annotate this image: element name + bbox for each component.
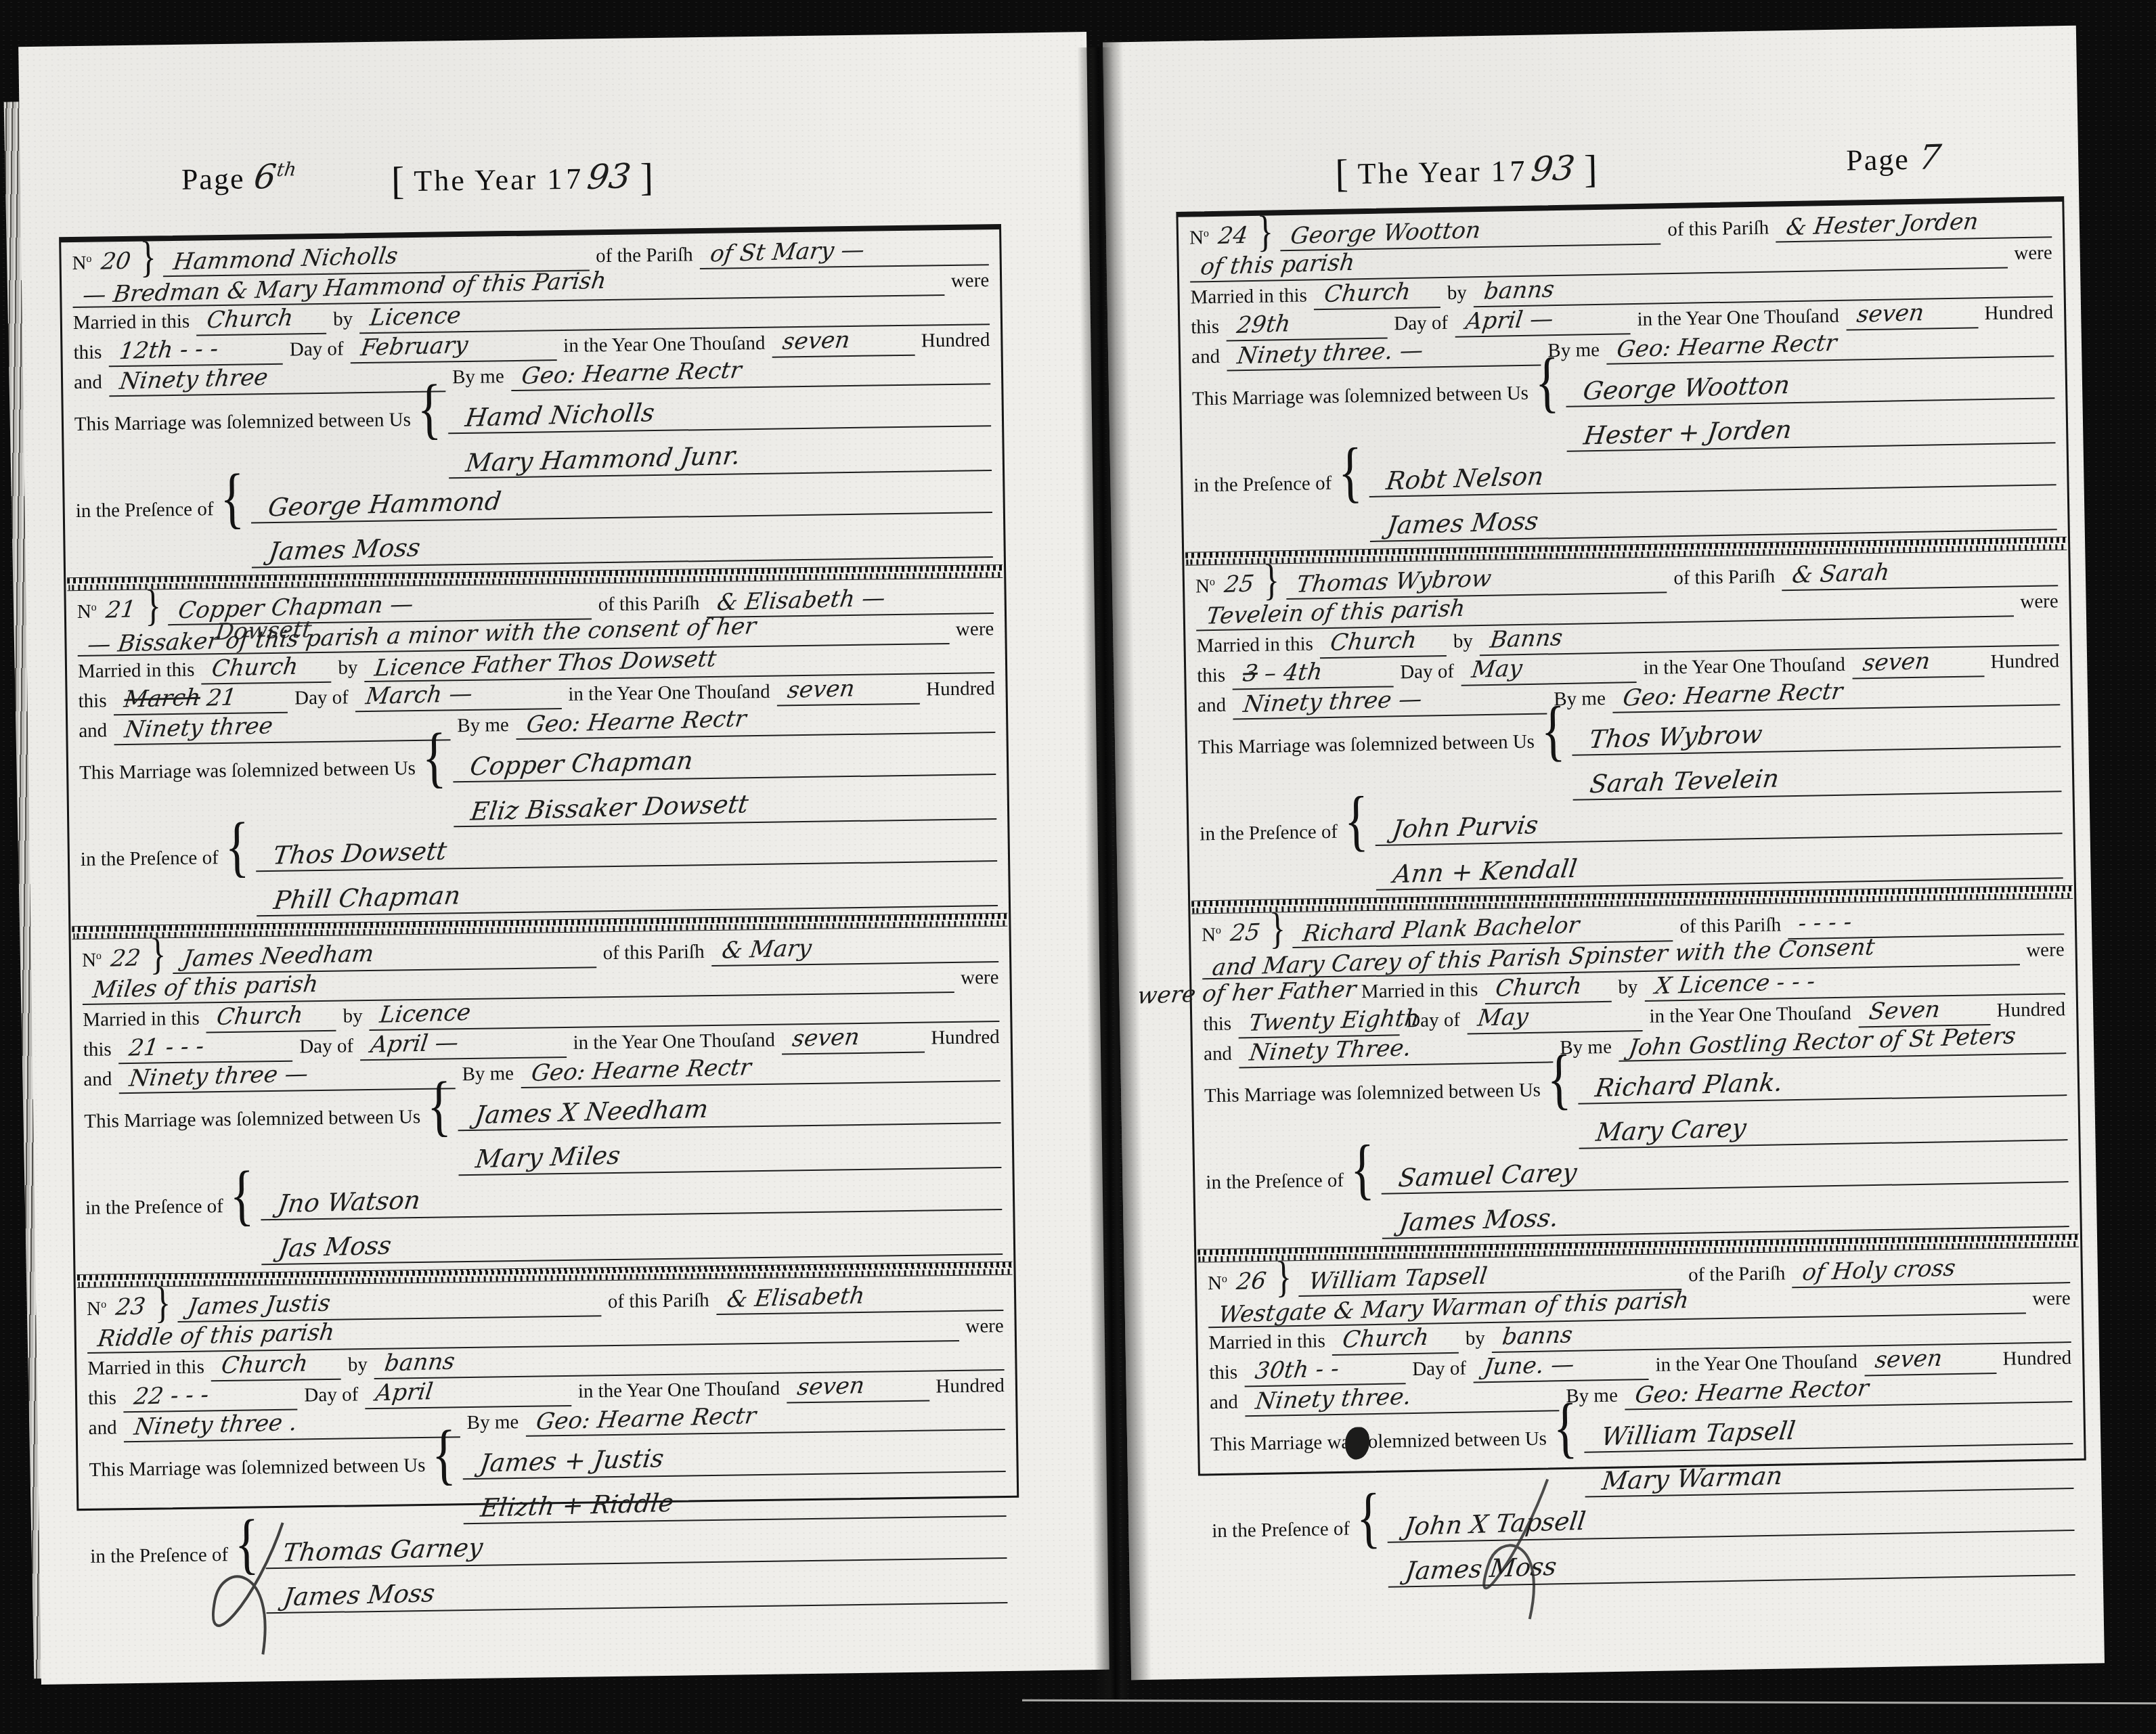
church-blank: Church [196,305,327,336]
by-me-label: By me [457,714,509,737]
witness-signature-2: James Moss [1369,495,2056,542]
no-label: No [77,601,97,623]
hundred-label: Hundred [2002,1347,2071,1371]
spouse-signature-1: James X Needham [458,1088,1000,1131]
bride-name-blank: of St Mary — [699,236,989,269]
month-blank: May [1467,1002,1643,1035]
in-year-label: in the Year One Thouſand [568,681,770,706]
marriage-entry-26: No 26 } William Tapsell of the Pariſh of… [1196,1247,2086,1598]
consent-note: of her Father [1201,976,1358,1008]
bride-name-blank: & Elisabeth [716,1281,1003,1315]
register-form-box: No 24 } George Wootton of this Pariſh & … [1176,196,2086,1476]
presence-label: in the Preſence of [1193,472,1332,497]
century-blank: seven [1845,298,1978,330]
page-number-header: Page 7 [1846,137,1941,186]
witness-brace: { [220,475,245,523]
day-of-label: Day of [1394,312,1448,335]
witness-signature-1: Thos Dowsett [256,826,997,872]
hundred-label: Hundred [931,1026,1000,1049]
day-of-label: Day of [1400,661,1454,684]
solemnized-row: This Marriage was ſolemnized between Us … [74,384,992,484]
by-label: by [1618,976,1638,999]
year-label: The Year [414,162,538,198]
witness-brace: { [225,824,250,871]
hundred-label: Hundred [921,329,990,352]
century-blank: seven [787,1372,929,1404]
this-label: this [73,341,102,364]
were-label: were [956,618,994,641]
day-blank: March21 [113,684,288,716]
hundred-label: Hundred [1984,301,2053,325]
page-word: Page [1846,142,1910,178]
entry-brace: } [139,242,156,273]
church-blank: Church [211,1350,341,1382]
witness-brace: { [229,1172,255,1220]
century-blank: seven [1851,647,1984,679]
entry-number: 20 [97,247,135,275]
day-of-label: Day of [1412,1358,1466,1381]
by-label: by [1466,1327,1486,1350]
day-blank: 30th - - [1244,1354,1406,1387]
month-blank: June. — [1473,1350,1649,1383]
page-number: 6th [252,156,298,197]
witness-signature-1: Robt Nelson [1369,450,2056,497]
married-in-label: Married in this [78,659,195,683]
presence-label: in the Preſence of [1212,1518,1350,1543]
presence-label: in the Preſence of [1206,1170,1344,1195]
entry-brace: } [150,939,167,970]
were-label: were [2026,939,2065,962]
entry-number: 25 [1226,918,1264,947]
parish-label: of this Pariſh [608,1289,709,1313]
and-label: and [1210,1392,1238,1415]
in-year-label: in the Year One Thouſand [1637,305,1839,331]
by-label: by [343,1005,362,1027]
register-page-right: [ The Year 17 93 ] Page 7 No 24 } George… [1103,26,2105,1681]
day-blank: 29th [1226,309,1388,341]
and-label: and [74,371,102,394]
page-word: Page [181,161,245,196]
church-blank: Church [1484,973,1612,1004]
witness-signature-2: Phill Chapman [257,871,998,916]
month-blank: May [1461,653,1637,686]
solemnized-label: This Marriage was ſolemnized between Us [74,409,411,436]
day-of-label: Day of [290,338,344,361]
were-label: were [961,966,999,990]
signature-brace: { [427,1083,452,1130]
entry-brace: } [1257,216,1274,247]
day-blank: 12th - - - [108,335,283,368]
register-form-box: No 20 } Hammond Nicholls of the Pariſh o… [59,224,1019,1511]
and-label: and [83,1068,112,1091]
film-scratch-line [1022,1699,2156,1704]
month-blank: February [350,331,556,363]
entry-brace: } [1263,564,1280,596]
parish-label: of the Pariſh [596,244,693,267]
day-of-label: Day of [294,686,349,709]
solemnized-label: This Marriage was ſolemnized between Us [1204,1080,1541,1108]
marriage-entry-22: No 22 } James Needham of this Pariſh & M… [71,927,1014,1274]
decade-blank: Ninety three . [123,1408,460,1442]
year-header: [ The Year 17 93 ] [391,152,653,202]
witness-signature-2: James Moss. [1382,1192,2069,1239]
entry-number: 24 [1214,222,1252,250]
by-label: by [333,308,353,330]
parish-label: of the Pariſh [1688,1262,1786,1286]
witness-signature-1: John Purvis [1375,799,2062,846]
by-me-label: By me [466,1411,519,1434]
no-label: No [82,950,102,972]
this-label: this [88,1387,116,1410]
marriage-entry-25-wybrow: No 25 } Thomas Wybrow of this Pariſh & S… [1185,550,2074,901]
were-label: were [2020,590,2059,613]
this-label: this [1191,316,1219,339]
spouse-signature-1: Copper Chapman [453,740,996,782]
this-label: this [1209,1362,1237,1385]
month-blank: April — [360,1028,567,1061]
bride-name-blank: & Sarah [1782,556,2059,591]
year-printed: 17 [1491,154,1529,189]
and-label: and [88,1417,116,1440]
spouse-signature-1: George Wootton [1566,363,2054,407]
in-year-label: in the Year One Thouſand [573,1029,775,1054]
this-label: this [1197,665,1225,688]
in-year-label: in the Year One Thouſand [578,1378,780,1403]
married-in-label: Married in this [1208,1330,1325,1354]
year-handwritten: 93 [1529,148,1577,189]
witness-brace: { [1356,1495,1381,1543]
parish-label: of this Pariſh [1673,566,1775,590]
presence-label: in the Preſence of [85,1195,223,1220]
year-label: The Year [1357,154,1482,191]
solemnized-label: This Marriage was ſolemnized between Us [84,1106,420,1133]
solemnized-label: This Marriage was ſolemnized between Us [1198,731,1535,759]
presence-label: in the Preſence of [1200,821,1338,846]
hundred-label: Hundred [926,677,995,701]
spouse-signatures: Hamd Nicholls Mary Hammond Junr. [448,391,992,479]
and-label: and [1204,1043,1232,1066]
marriage-entry-24: No 24 } George Wootton of this Pariſh & … [1179,202,2068,552]
signature-brace: { [1541,708,1566,756]
spouse-signature-1: James + Justis [462,1437,1005,1480]
this-label: this [1203,1013,1231,1036]
presence-label: in the Preſence of [76,498,214,523]
bride-name-blank: & Mary [711,933,998,966]
day-of-label: Day of [299,1035,353,1058]
entry-brace: } [145,590,162,621]
married-in-label: Married in this [1196,633,1313,657]
marriage-entry-25-plank: No 25 } Richard Plank Bachelor of this P… [1190,899,2080,1249]
day-blank: 21 - - - [118,1032,292,1065]
signature-brace: { [432,1431,457,1479]
married-in-label: Married in this [87,1356,204,1379]
witness-signature-1: Samuel Carey [1381,1147,2068,1195]
married-in-label: Married in this [1190,285,1307,309]
day-of-label: Day of [304,1383,358,1406]
spouse-signature-1: Thos Wybrow [1572,712,2061,756]
by-me-label: By me [452,365,504,388]
entry-brace: } [1275,1262,1292,1293]
entry-number: 22 [106,944,145,973]
married-in-label: Married in this [73,311,190,334]
solemnized-label: This Marriage was ſolemnized between Us [1210,1428,1547,1457]
hundred-label: Hundred [936,1375,1005,1398]
entry-number: 23 [111,1293,150,1321]
married-in-label: Married in this [83,1008,200,1031]
hundred-label: Hundred [1996,998,2065,1022]
decade-blank: Ninety three [114,711,451,745]
year-header: [ The Year 17 93 ] [1335,143,1598,196]
month-blank: April [365,1377,571,1409]
month-blank: March — [355,680,562,712]
margin-were-note: were [1136,981,1197,1010]
bride-name-blank: & Hester Jorden [1776,208,2052,242]
signature-brace: { [417,386,442,433]
month-blank: April — [1455,305,1631,338]
century-blank: Seven [1857,996,1990,1027]
entry-brace: } [1269,913,1286,944]
witness-brace: { [1344,798,1369,846]
spouse-signature-1: Richard Plank. [1578,1061,2067,1105]
by-label: by [1453,630,1474,653]
page-number: 7 [1916,137,1943,177]
and-label: and [1191,346,1220,369]
decade-blank: Ninety three — [118,1059,456,1094]
ink-flourish [1446,1475,1625,1641]
spouse-signature-1: William Tapsell [1584,1409,2073,1453]
were-label: were [965,1315,1004,1338]
this-label: this [83,1038,112,1061]
decade-blank: Ninety three [109,362,446,397]
witness-brace: { [1350,1147,1375,1195]
by-me-label: By me [462,1063,514,1086]
signature-brace: { [1547,1057,1572,1105]
witness-signature-2: James Moss [252,523,993,568]
year-handwritten: 93 [585,156,633,197]
church-blank: Church [1332,1324,1459,1356]
in-year-label: in the Year One Thouſand [1643,654,1845,680]
in-year-label: in the Year One Thouſand [1655,1351,1857,1377]
witness-signature-1: Jno Watson [261,1175,1002,1220]
solemnized-label: This Marriage was ſolemnized between Us [79,757,416,784]
no-label: No [1202,924,1221,946]
entry-number: 25 [1220,570,1258,598]
no-label: No [87,1298,106,1320]
entry-number: 26 [1232,1267,1270,1295]
no-label: No [72,252,91,275]
no-label: No [1189,227,1209,249]
parish-label: of this Pariſh [598,592,699,616]
bride-name-blank: of Holy cross [1792,1253,2070,1288]
witness-signatures: George Hammond James Moss [251,478,993,568]
year-printed: 17 [547,161,586,196]
ink-flourish [175,1517,380,1676]
in-year-label: in the Year One Thouſand [563,332,766,357]
signature-brace: { [1535,359,1560,407]
parish-label: of this Pariſh [1667,217,1769,242]
signature-brace: { [422,734,447,782]
entry-number: 21 [102,596,140,624]
century-blank: seven [772,326,915,358]
witness-signature-1: George Hammond [251,478,992,523]
marriage-entry-21: No 21 } Copper Chapman —Dowsett of this … [66,578,1009,926]
presence-label: in the Preſence of [81,847,219,871]
church-blank: Church [1314,278,1441,310]
and-label: and [1197,694,1226,717]
bracket-close: ] [1584,146,1598,192]
parish-label: of this Pariſh [1679,914,1781,938]
entry-brace: } [154,1287,171,1318]
witness-signature-2: Ann + Kendall [1376,843,2063,891]
witness-signature-2: Jas Moss [261,1220,1003,1265]
solemnized-label: This Marriage was ſolemnized between Us [89,1454,425,1482]
by-label: by [338,657,357,679]
church-blank: Church [1320,627,1447,659]
married-in-label: Married in this [1361,979,1478,1003]
no-label: No [1195,575,1215,598]
this-label: this [78,690,106,713]
century-blank: seven [1864,1344,1996,1376]
by-label: by [1447,282,1468,305]
no-label: No [1208,1272,1227,1295]
witness-brace: { [1338,449,1363,497]
by-label: by [348,1354,368,1376]
hundred-label: Hundred [1990,650,2059,673]
were-label: were [2014,242,2052,265]
were-label: were [951,269,990,292]
day-blank: 3– 4th [1232,657,1394,690]
were-label: were [2032,1287,2071,1310]
parish-label: of this Pariſh [603,941,705,964]
page-number-header: Page 6th [181,156,296,205]
century-blank: seven [782,1023,925,1055]
bracket-close: ] [640,154,653,200]
church-blank: Church [206,1002,336,1033]
in-year-label: in the Year One Thouſand [1649,1002,1851,1028]
day-blank: 22 - - - [123,1381,298,1413]
signature-brace: { [1553,1405,1578,1453]
and-label: and [79,719,107,742]
solemnized-label: This Marriage was ſolemnized between Us [1192,382,1528,411]
bracket-open: [ [1335,150,1348,196]
day-blank: Twenty Eighth [1238,1006,1400,1038]
church-blank: Church [201,653,332,685]
century-blank: seven [776,675,919,707]
bracket-open: [ [391,158,405,203]
register-page-left: Page 6th [ The Year 17 93 ] No 20 } Hamm… [18,32,1109,1685]
register-scan: { "form": { "no_n": "N", "no_o": "o", "b… [0,0,2156,1734]
presence-row: in the Preſence of { George Hammond Jame… [75,471,993,571]
marriage-entry-20: No 20 } Hammond Nicholls of the Pariſh o… [61,229,1004,577]
spouse-signature-1: Hamd Nicholls [448,391,991,434]
